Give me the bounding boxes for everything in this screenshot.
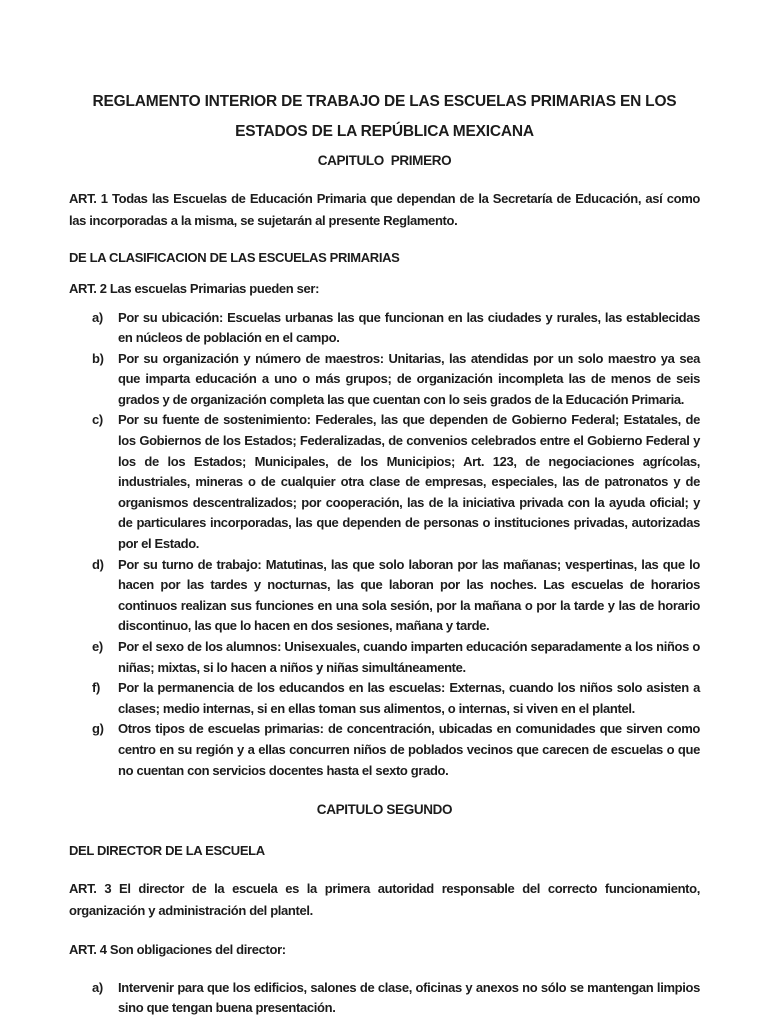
list-item: f) Por la permanencia de los educandos e… — [69, 678, 700, 719]
list-item-text: Por su organización y número de maestros… — [118, 349, 700, 411]
list-item-marker: b) — [92, 349, 118, 411]
list-item-text: Intervenir para que los edificios, salon… — [118, 978, 700, 1019]
list-item-marker: c) — [92, 410, 118, 554]
document-content: REGLAMENTO INTERIOR DE TRABAJO DE LAS ES… — [0, 0, 768, 1019]
list-item-text: Por su turno de trabajo: Matutinas, las … — [118, 555, 700, 637]
list-item-text: Otros tipos de escuelas primarias: de co… — [118, 719, 700, 781]
list-item: c) Por su fuente de sostenimiento: Feder… — [69, 410, 700, 554]
list-item-marker: e) — [92, 637, 118, 678]
document-title: REGLAMENTO INTERIOR DE TRABAJO DE LAS ES… — [69, 87, 700, 147]
list-item-text: Por su ubicación: Escuelas urbanas las q… — [118, 308, 700, 349]
article-4-intro: ART. 4 Son obligaciones del director: — [69, 939, 700, 961]
chapter-two-heading: CAPITULO SEGUNDO — [69, 799, 700, 820]
list-item-text: Por el sexo de los alumnos: Unisexuales,… — [118, 637, 700, 678]
list-item: a) Por su ubicación: Escuelas urbanas la… — [69, 308, 700, 349]
article-2-intro: ART. 2 Las escuelas Primarias pueden ser… — [69, 278, 700, 300]
list-item-text: Por la permanencia de los educandos en l… — [118, 678, 700, 719]
article-4-list: a) Intervenir para que los edificios, sa… — [69, 978, 700, 1019]
document-page: REGLAMENTO INTERIOR DE TRABAJO DE LAS ES… — [0, 0, 768, 1024]
classification-section-heading: DE LA CLASIFICACION DE LAS ESCUELAS PRIM… — [69, 247, 700, 268]
director-section-heading: DEL DIRECTOR DE LA ESCUELA — [69, 840, 700, 861]
list-item: d) Por su turno de trabajo: Matutinas, l… — [69, 555, 700, 637]
article-3-paragraph: ART. 3 El director de la escuela es la p… — [69, 878, 700, 921]
list-item: a) Intervenir para que los edificios, sa… — [69, 978, 700, 1019]
list-item-marker: a) — [92, 308, 118, 349]
list-item-marker: d) — [92, 555, 118, 637]
list-item-marker: f) — [92, 678, 118, 719]
chapter-one-heading: CAPITULO PRIMERO — [69, 150, 700, 171]
list-item-text: Por su fuente de sostenimiento: Federale… — [118, 410, 700, 554]
list-item: b) Por su organización y número de maest… — [69, 349, 700, 411]
list-item-marker: a) — [92, 978, 118, 1019]
list-item: g) Otros tipos de escuelas primarias: de… — [69, 719, 700, 781]
article-2-list: a) Por su ubicación: Escuelas urbanas la… — [69, 308, 700, 782]
list-item: e) Por el sexo de los alumnos: Unisexual… — [69, 637, 700, 678]
document-title-line-2: ESTADOS DE LA REPÚBLICA MEXICANA — [69, 117, 700, 147]
document-title-line-1: REGLAMENTO INTERIOR DE TRABAJO DE LAS ES… — [69, 87, 700, 117]
list-item-marker: g) — [92, 719, 118, 781]
article-1-paragraph: ART. 1 Todas las Escuelas de Educación P… — [69, 188, 700, 231]
